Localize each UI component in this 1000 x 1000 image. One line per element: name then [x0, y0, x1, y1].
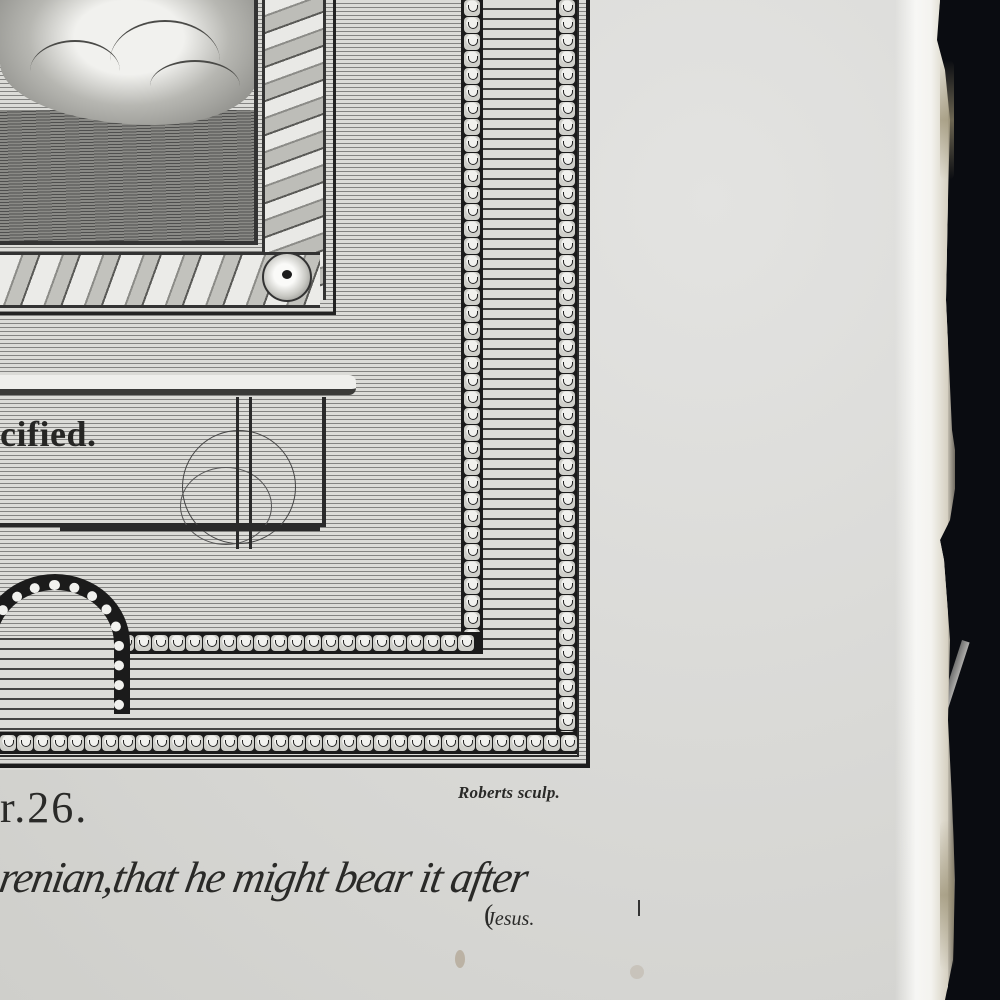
- illustration-scene: [0, 0, 258, 245]
- foxing-stain: [630, 965, 644, 979]
- picture-frame: [0, 0, 336, 315]
- engraved-plate: cified.: [0, 0, 590, 770]
- tablet-ring-ornament-inner: [180, 467, 272, 545]
- edge-discoloration: [940, 820, 954, 970]
- caption-turnover: Jesus.: [486, 908, 534, 931]
- caption-mark: [638, 900, 640, 916]
- tablet-cornice: [0, 375, 356, 395]
- paper-sheet: cified. r.26. Roberts sculp. renian,that…: [0, 0, 948, 1000]
- drapery-fold: [30, 40, 120, 102]
- scene-ground: [0, 110, 258, 245]
- foxing-stain: [455, 950, 465, 968]
- corner-boss-ornament: [262, 252, 312, 302]
- engraver-credit: Roberts sculp.: [458, 783, 560, 803]
- title-tablet: cified.: [0, 375, 360, 555]
- tablet-title-text: cified.: [0, 413, 96, 455]
- drapery-fold: [150, 60, 240, 112]
- edge-discoloration: [940, 60, 954, 180]
- tablet-base: [60, 525, 320, 531]
- plate-number: r.26.: [0, 782, 88, 833]
- caption-text: renian,that he might bear it after: [0, 852, 531, 903]
